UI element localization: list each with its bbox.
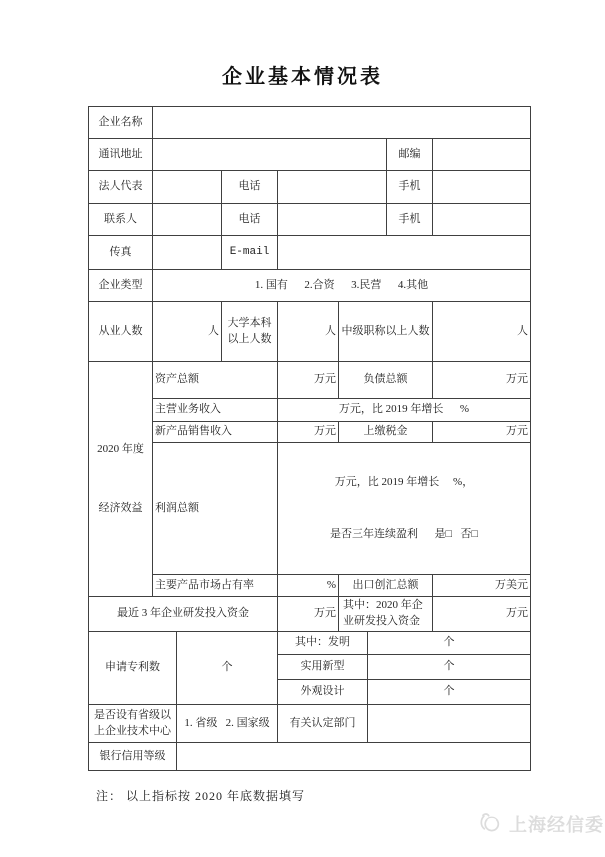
tax-paid-label: 上缴税金 [339,422,433,443]
mid-title-count-input[interactable]: 人 [433,302,531,362]
fax-input[interactable] [153,236,222,270]
row-company-name: 企业名称 [89,107,531,139]
postcode-label: 邮编 [387,139,433,171]
market-share-label: 主要产品市场占有率 [153,575,278,597]
bank-credit-label: 银行信用等级 [89,743,177,771]
employees-label: 从业人数 [89,302,153,362]
tech-center-options[interactable]: 1. 省级 2. 国家级 [177,705,278,743]
contact-phone-input[interactable] [278,204,387,236]
row-market-share: 主要产品市场占有率 % 出口创汇总额 万美元 [89,575,531,597]
fax-label: 传真 [89,236,153,270]
address-input[interactable] [153,139,387,171]
row-company-type: 企业类型 1. 国有 2.合资 3.民营 4.其他 [89,270,531,302]
contact-mobile-label: 手机 [387,204,433,236]
rd-3year-input[interactable]: 万元 [278,597,339,632]
legal-rep-label: 法人代表 [89,171,153,204]
rd-2020-label: 其中：2020 年企业研发投入资金 [339,597,433,632]
magnolia-flower-icon [476,810,504,838]
legal-rep-phone-input[interactable] [278,171,387,204]
legal-rep-phone-label: 电话 [222,171,278,204]
row-profit: 利润总额 万元，比 2019 年增长 %， 是否三年连续盈利 是□ 否□ [89,443,531,575]
watermark: 上海经信委 [476,810,604,838]
legal-rep-mobile-label: 手机 [387,171,433,204]
contact-mobile-input[interactable] [433,204,531,236]
total-liabilities-input[interactable]: 万元 [433,362,531,399]
row-patent-invention: 申请专利数 个 其中：发明 个 [89,632,531,655]
new-product-revenue-input[interactable]: 万元 [278,422,339,443]
row-legal-rep: 法人代表 电话 手机 [89,171,531,204]
row-rd-investment: 最近 3 年企业研发投入资金 万元 其中：2020 年企业研发投入资金 万元 [89,597,531,632]
export-total-input[interactable]: 万美元 [433,575,531,597]
cert-dept-label: 有关认定部门 [278,705,368,743]
total-liabilities-label: 负债总额 [339,362,433,399]
patent-count-input[interactable]: 个 [177,632,278,705]
company-type-options[interactable]: 1. 国有 2.合资 3.民营 4.其他 [153,270,531,302]
watermark-text: 上海经信委 [509,811,604,837]
total-assets-input[interactable]: 万元 [278,362,339,399]
row-new-product-revenue: 新产品销售收入 万元 上缴税金 万元 [89,422,531,443]
tech-center-label: 是否设有省级以上企业技术中心 [89,705,177,743]
row-fax-email: 传真 E-mail [89,236,531,270]
profit-label: 利润总额 [153,443,278,575]
cert-dept-input[interactable] [368,705,531,743]
rd-3year-label: 最近 3 年企业研发投入资金 [89,597,278,632]
employees-total-input[interactable]: 人 [153,302,222,362]
company-name-input[interactable] [153,107,531,139]
enterprise-info-table: 企业名称 通讯地址 邮编 法人代表 电话 手机 联系人 电话 手机 传真 E-m… [88,106,531,771]
profit-three-year-checkboxes[interactable]: 是否三年连续盈利 是□ 否□ [280,528,528,541]
form-note: 注： 以上指标按 2020 年底数据填写 [96,787,605,804]
email-input[interactable] [278,236,531,270]
patent-design-input[interactable]: 个 [368,680,531,705]
row-contact: 联系人 电话 手机 [89,204,531,236]
postcode-input[interactable] [433,139,531,171]
contact-input[interactable] [153,204,222,236]
economic-benefit-section-label: 2020 年度 经济效益 [89,362,153,597]
form-title: 企业基本情况表 [0,60,605,89]
main-revenue-input[interactable]: 万元，比 2019 年增长 % [278,399,531,422]
patent-design-label: 外观设计 [278,680,368,705]
patent-invention-input[interactable]: 个 [368,632,531,655]
row-bank-credit: 银行信用等级 [89,743,531,771]
bank-credit-input[interactable] [177,743,531,771]
legal-rep-mobile-input[interactable] [433,171,531,204]
row-employees: 从业人数 人 大学本科以上人数 人 中级职称以上人数 人 [89,302,531,362]
company-type-label: 企业类型 [89,270,153,302]
export-total-label: 出口创汇总额 [339,575,433,597]
row-address: 通讯地址 邮编 [89,139,531,171]
market-share-input[interactable]: % [278,575,339,597]
patent-count-label: 申请专利数 [89,632,177,705]
contact-phone-label: 电话 [222,204,278,236]
bachelor-count-input[interactable]: 人 [278,302,339,362]
company-name-label: 企业名称 [89,107,153,139]
address-label: 通讯地址 [89,139,153,171]
profit-growth-line: 万元，比 2019 年增长 %， [280,476,528,489]
row-main-revenue: 主营业务收入 万元，比 2019 年增长 % [89,399,531,422]
profit-input[interactable]: 万元，比 2019 年增长 %， 是否三年连续盈利 是□ 否□ [278,443,531,575]
bachelor-count-label: 大学本科以上人数 [222,302,278,362]
contact-label: 联系人 [89,204,153,236]
rd-2020-input[interactable]: 万元 [433,597,531,632]
mid-title-count-label: 中级职称以上人数 [339,302,433,362]
legal-rep-input[interactable] [153,171,222,204]
economic-year-line1: 2020 年度 [91,443,150,456]
tax-paid-input[interactable]: 万元 [433,422,531,443]
main-revenue-label: 主营业务收入 [153,399,278,422]
economic-year-line2: 经济效益 [91,502,150,515]
row-tech-center: 是否设有省级以上企业技术中心 1. 省级 2. 国家级 有关认定部门 [89,705,531,743]
new-product-revenue-label: 新产品销售收入 [153,422,278,443]
email-label: E-mail [222,236,278,270]
total-assets-label: 资产总额 [153,362,278,399]
patent-invention-label: 其中：发明 [278,632,368,655]
patent-utility-label: 实用新型 [278,655,368,680]
row-assets: 2020 年度 经济效益 资产总额 万元 负债总额 万元 [89,362,531,399]
patent-utility-input[interactable]: 个 [368,655,531,680]
